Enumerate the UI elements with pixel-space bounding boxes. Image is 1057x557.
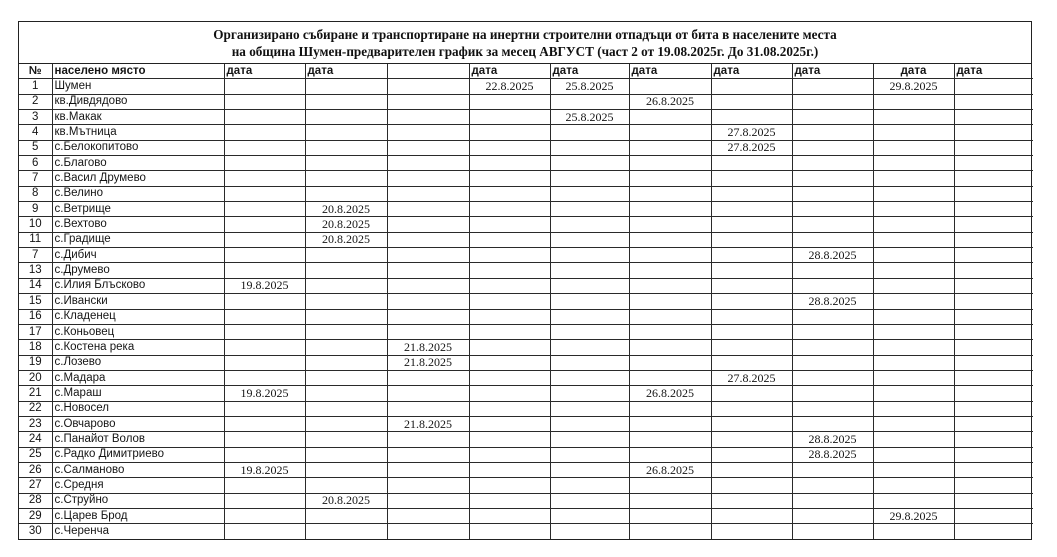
- table-row: 23с.Овчарово21.8.2025: [19, 416, 1033, 431]
- settlement-name: с.Новосел: [52, 401, 224, 416]
- table-row: 19с.Лозево21.8.2025: [19, 355, 1033, 370]
- settlement-name: с.Дибич: [52, 248, 224, 263]
- settlement-name: с.Черенча: [52, 524, 224, 539]
- header-date-3: [387, 64, 469, 79]
- date-cell-7: [711, 324, 792, 339]
- date-cell-10: [954, 309, 1033, 324]
- date-cell-9: [873, 217, 954, 232]
- settlement-name: с.Друмево: [52, 263, 224, 278]
- settlement-name: Шумен: [52, 79, 224, 94]
- date-cell-5: [550, 94, 629, 109]
- table-row: 20с.Мадара27.8.2025: [19, 370, 1033, 385]
- table-row: 17с.Коньовец: [19, 324, 1033, 339]
- date-cell-1: [224, 508, 305, 523]
- date-cell-2: 20.8.2025: [305, 232, 387, 247]
- date-cell-7: [711, 478, 792, 493]
- date-cell-10: [954, 416, 1033, 431]
- settlement-name: с.Струйно: [52, 493, 224, 508]
- date-cell-9: [873, 462, 954, 477]
- date-cell-7: [711, 416, 792, 431]
- date-cell-10: [954, 447, 1033, 462]
- row-number: 16: [19, 309, 52, 324]
- date-cell-8: [792, 110, 873, 125]
- table-row: 9с.Ветрище20.8.2025: [19, 202, 1033, 217]
- header-date-6: дата: [629, 64, 711, 79]
- date-cell-6: [629, 478, 711, 493]
- date-cell-9: [873, 278, 954, 293]
- header-number: №: [19, 64, 52, 79]
- date-cell-3: [387, 447, 469, 462]
- date-cell-8: [792, 324, 873, 339]
- date-cell-6: [629, 186, 711, 201]
- row-number: 28: [19, 493, 52, 508]
- date-cell-10: [954, 248, 1033, 263]
- date-cell-2: 20.8.2025: [305, 217, 387, 232]
- date-cell-8: [792, 416, 873, 431]
- date-cell-4: [469, 324, 550, 339]
- header-settlement: населено място: [52, 64, 224, 79]
- settlement-name: с.Васил Друмево: [52, 171, 224, 186]
- date-cell-5: [550, 478, 629, 493]
- date-cell-10: [954, 386, 1033, 401]
- date-cell-9: [873, 202, 954, 217]
- date-cell-8: [792, 232, 873, 247]
- row-number: 20: [19, 370, 52, 385]
- date-cell-7: [711, 432, 792, 447]
- date-cell-5: [550, 340, 629, 355]
- date-cell-8: [792, 94, 873, 109]
- date-cell-8: [792, 478, 873, 493]
- date-cell-5: [550, 370, 629, 385]
- date-cell-4: [469, 140, 550, 155]
- date-cell-4: [469, 94, 550, 109]
- date-cell-6: [629, 248, 711, 263]
- date-cell-10: [954, 202, 1033, 217]
- date-cell-5: [550, 493, 629, 508]
- date-cell-3: [387, 324, 469, 339]
- date-cell-5: [550, 447, 629, 462]
- date-cell-1: [224, 79, 305, 94]
- date-cell-1: [224, 355, 305, 370]
- table-row: 10с.Вехтово20.8.2025: [19, 217, 1033, 232]
- date-cell-6: [629, 232, 711, 247]
- date-cell-9: [873, 156, 954, 171]
- date-cell-3: [387, 370, 469, 385]
- table-row: 8с.Велино: [19, 186, 1033, 201]
- date-cell-2: [305, 294, 387, 309]
- date-cell-5: [550, 171, 629, 186]
- date-cell-7: 27.8.2025: [711, 125, 792, 140]
- date-cell-1: [224, 110, 305, 125]
- date-cell-10: [954, 493, 1033, 508]
- date-cell-4: [469, 110, 550, 125]
- date-cell-3: [387, 110, 469, 125]
- settlement-name: с.Царев Брод: [52, 508, 224, 523]
- settlement-name: с.Белокопитово: [52, 140, 224, 155]
- date-cell-5: 25.8.2025: [550, 79, 629, 94]
- date-cell-8: [792, 386, 873, 401]
- date-cell-1: 19.8.2025: [224, 462, 305, 477]
- date-cell-6: [629, 263, 711, 278]
- date-cell-3: [387, 309, 469, 324]
- row-number: 7: [19, 171, 52, 186]
- date-cell-7: [711, 156, 792, 171]
- date-cell-4: [469, 232, 550, 247]
- date-cell-2: [305, 186, 387, 201]
- date-cell-9: [873, 140, 954, 155]
- date-cell-1: 19.8.2025: [224, 278, 305, 293]
- date-cell-2: [305, 432, 387, 447]
- date-cell-1: [224, 447, 305, 462]
- date-cell-5: [550, 186, 629, 201]
- settlement-name: с.Градище: [52, 232, 224, 247]
- date-cell-9: 29.8.2025: [873, 508, 954, 523]
- date-cell-2: [305, 462, 387, 477]
- date-cell-10: [954, 370, 1033, 385]
- date-cell-4: [469, 386, 550, 401]
- date-cell-10: [954, 140, 1033, 155]
- date-cell-1: [224, 493, 305, 508]
- date-cell-9: [873, 416, 954, 431]
- row-number: 6: [19, 156, 52, 171]
- settlement-name: с.Вехтово: [52, 217, 224, 232]
- title-line-2: на община Шумен-предварителен график за …: [19, 43, 1031, 60]
- date-cell-6: [629, 171, 711, 186]
- settlement-name: с.Мадара: [52, 370, 224, 385]
- date-cell-8: [792, 401, 873, 416]
- date-cell-7: [711, 217, 792, 232]
- date-cell-2: [305, 79, 387, 94]
- date-cell-2: [305, 416, 387, 431]
- header-date-10: дата: [954, 64, 1033, 79]
- date-cell-2: [305, 125, 387, 140]
- date-cell-4: [469, 202, 550, 217]
- date-cell-2: [305, 140, 387, 155]
- date-cell-7: [711, 79, 792, 94]
- date-cell-9: [873, 370, 954, 385]
- date-cell-4: [469, 493, 550, 508]
- date-cell-10: [954, 524, 1033, 539]
- date-cell-2: [305, 156, 387, 171]
- settlement-name: с.Ветрище: [52, 202, 224, 217]
- date-cell-9: [873, 324, 954, 339]
- date-cell-3: [387, 432, 469, 447]
- date-cell-5: [550, 294, 629, 309]
- date-cell-8: [792, 202, 873, 217]
- date-cell-1: [224, 432, 305, 447]
- table-row: 21с.Мараш19.8.202526.8.2025: [19, 386, 1033, 401]
- date-cell-4: [469, 278, 550, 293]
- date-cell-9: [873, 248, 954, 263]
- date-cell-3: 21.8.2025: [387, 355, 469, 370]
- date-cell-1: [224, 202, 305, 217]
- date-cell-7: [711, 110, 792, 125]
- row-number: 18: [19, 340, 52, 355]
- date-cell-7: [711, 355, 792, 370]
- row-number: 24: [19, 432, 52, 447]
- settlement-name: с.Лозево: [52, 355, 224, 370]
- table-row: 18с.Костена река21.8.2025: [19, 340, 1033, 355]
- date-cell-6: [629, 140, 711, 155]
- settlement-name: с.Мараш: [52, 386, 224, 401]
- date-cell-3: [387, 462, 469, 477]
- settlement-name: с.Ивански: [52, 294, 224, 309]
- table-row: 11с.Градище20.8.2025: [19, 232, 1033, 247]
- date-cell-2: [305, 263, 387, 278]
- date-cell-5: [550, 232, 629, 247]
- date-cell-8: [792, 340, 873, 355]
- date-cell-9: [873, 524, 954, 539]
- date-cell-6: [629, 355, 711, 370]
- table-row: 13с.Друмево: [19, 263, 1033, 278]
- date-cell-8: [792, 217, 873, 232]
- date-cell-2: [305, 386, 387, 401]
- date-cell-10: [954, 340, 1033, 355]
- row-number: 26: [19, 462, 52, 477]
- header-date-5: дата: [550, 64, 629, 79]
- date-cell-5: [550, 156, 629, 171]
- settlement-name: с.Коньовец: [52, 324, 224, 339]
- settlement-name: с.Костена река: [52, 340, 224, 355]
- date-cell-4: [469, 432, 550, 447]
- date-cell-2: 20.8.2025: [305, 493, 387, 508]
- header-date-9: дата: [873, 64, 954, 79]
- date-cell-9: [873, 294, 954, 309]
- date-cell-5: [550, 508, 629, 523]
- date-cell-9: [873, 232, 954, 247]
- date-cell-9: [873, 171, 954, 186]
- date-cell-10: [954, 263, 1033, 278]
- date-cell-3: [387, 156, 469, 171]
- date-cell-10: [954, 232, 1033, 247]
- date-cell-9: [873, 401, 954, 416]
- date-cell-1: 19.8.2025: [224, 386, 305, 401]
- date-cell-7: [711, 493, 792, 508]
- table-row: 22с.Новосел: [19, 401, 1033, 416]
- date-cell-8: [792, 79, 873, 94]
- date-cell-4: [469, 263, 550, 278]
- date-cell-4: [469, 340, 550, 355]
- header-date-7: дата: [711, 64, 792, 79]
- settlement-name: с.Радко Димитриево: [52, 447, 224, 462]
- date-cell-6: [629, 324, 711, 339]
- date-cell-7: [711, 94, 792, 109]
- header-date-8: дата: [792, 64, 873, 79]
- date-cell-6: [629, 156, 711, 171]
- table-row: 28с.Струйно20.8.2025: [19, 493, 1033, 508]
- date-cell-7: [711, 508, 792, 523]
- schedule-table: № населено място дата дата дата дата дат…: [19, 64, 1033, 539]
- header-date-1: дата: [224, 64, 305, 79]
- date-cell-7: [711, 248, 792, 263]
- row-number: 14: [19, 278, 52, 293]
- date-cell-4: [469, 524, 550, 539]
- date-cell-9: [873, 186, 954, 201]
- row-number: 19: [19, 355, 52, 370]
- schedule-document: Организирано събиране и транспортиране н…: [18, 21, 1032, 540]
- date-cell-10: [954, 355, 1033, 370]
- date-cell-10: [954, 324, 1033, 339]
- date-cell-4: [469, 217, 550, 232]
- date-cell-8: [792, 171, 873, 186]
- date-cell-2: [305, 171, 387, 186]
- date-cell-7: [711, 340, 792, 355]
- date-cell-2: [305, 94, 387, 109]
- date-cell-7: [711, 263, 792, 278]
- row-number: 23: [19, 416, 52, 431]
- date-cell-8: 28.8.2025: [792, 294, 873, 309]
- date-cell-5: [550, 278, 629, 293]
- table-body: 1Шумен22.8.202525.8.202529.8.20252кв.Див…: [19, 79, 1033, 539]
- date-cell-10: [954, 186, 1033, 201]
- date-cell-9: [873, 125, 954, 140]
- date-cell-6: [629, 447, 711, 462]
- settlement-name: с.Благово: [52, 156, 224, 171]
- date-cell-8: [792, 370, 873, 385]
- date-cell-6: [629, 79, 711, 94]
- date-cell-3: [387, 202, 469, 217]
- date-cell-3: [387, 508, 469, 523]
- date-cell-6: 26.8.2025: [629, 462, 711, 477]
- date-cell-1: [224, 140, 305, 155]
- date-cell-7: [711, 524, 792, 539]
- date-cell-3: [387, 263, 469, 278]
- date-cell-8: [792, 156, 873, 171]
- date-cell-5: [550, 140, 629, 155]
- date-cell-3: 21.8.2025: [387, 416, 469, 431]
- date-cell-2: [305, 508, 387, 523]
- date-cell-4: [469, 416, 550, 431]
- date-cell-4: [469, 171, 550, 186]
- date-cell-2: [305, 309, 387, 324]
- date-cell-1: [224, 294, 305, 309]
- date-cell-1: [224, 125, 305, 140]
- date-cell-5: [550, 217, 629, 232]
- date-cell-6: [629, 432, 711, 447]
- date-cell-9: [873, 309, 954, 324]
- date-cell-6: [629, 309, 711, 324]
- date-cell-1: [224, 370, 305, 385]
- date-cell-4: [469, 447, 550, 462]
- title-line-1: Организирано събиране и транспортиране н…: [19, 26, 1031, 43]
- date-cell-4: [469, 370, 550, 385]
- date-cell-1: [224, 156, 305, 171]
- date-cell-3: [387, 478, 469, 493]
- settlement-name: с.Овчарово: [52, 416, 224, 431]
- date-cell-9: [873, 263, 954, 278]
- date-cell-9: [873, 447, 954, 462]
- date-cell-6: [629, 370, 711, 385]
- date-cell-5: [550, 355, 629, 370]
- date-cell-9: [873, 386, 954, 401]
- row-number: 15: [19, 294, 52, 309]
- date-cell-10: [954, 508, 1033, 523]
- date-cell-4: [469, 156, 550, 171]
- date-cell-2: [305, 324, 387, 339]
- date-cell-3: [387, 217, 469, 232]
- date-cell-10: [954, 401, 1033, 416]
- date-cell-3: [387, 125, 469, 140]
- row-number: 3: [19, 110, 52, 125]
- date-cell-5: [550, 462, 629, 477]
- date-cell-4: [469, 478, 550, 493]
- date-cell-3: [387, 140, 469, 155]
- date-cell-5: [550, 416, 629, 431]
- date-cell-9: [873, 432, 954, 447]
- date-cell-4: [469, 294, 550, 309]
- date-cell-3: [387, 401, 469, 416]
- date-cell-8: [792, 140, 873, 155]
- table-row: 3кв.Макак25.8.2025: [19, 110, 1033, 125]
- date-cell-2: [305, 370, 387, 385]
- row-number: 17: [19, 324, 52, 339]
- date-cell-8: [792, 462, 873, 477]
- date-cell-7: [711, 186, 792, 201]
- date-cell-1: [224, 401, 305, 416]
- date-cell-3: 21.8.2025: [387, 340, 469, 355]
- date-cell-8: [792, 355, 873, 370]
- date-cell-10: [954, 432, 1033, 447]
- date-cell-2: [305, 278, 387, 293]
- row-number: 21: [19, 386, 52, 401]
- date-cell-1: [224, 524, 305, 539]
- date-cell-4: [469, 125, 550, 140]
- table-row: 15с.Ивански28.8.2025: [19, 294, 1033, 309]
- table-row: 1Шумен22.8.202525.8.202529.8.2025: [19, 79, 1033, 94]
- table-row: 2кв.Дивдядово26.8.2025: [19, 94, 1033, 109]
- date-cell-9: [873, 94, 954, 109]
- date-cell-10: [954, 79, 1033, 94]
- table-row: 24с.Панайот Волов28.8.2025: [19, 432, 1033, 447]
- date-cell-5: [550, 248, 629, 263]
- date-cell-6: [629, 125, 711, 140]
- date-cell-2: [305, 110, 387, 125]
- date-cell-3: [387, 248, 469, 263]
- table-row: 16с.Кладенец: [19, 309, 1033, 324]
- date-cell-1: [224, 232, 305, 247]
- date-cell-2: 20.8.2025: [305, 202, 387, 217]
- row-number: 22: [19, 401, 52, 416]
- row-number: 11: [19, 232, 52, 247]
- date-cell-9: [873, 355, 954, 370]
- row-number: 1: [19, 79, 52, 94]
- date-cell-8: [792, 508, 873, 523]
- date-cell-5: [550, 125, 629, 140]
- date-cell-10: [954, 171, 1033, 186]
- date-cell-6: [629, 524, 711, 539]
- date-cell-5: [550, 309, 629, 324]
- date-cell-2: [305, 401, 387, 416]
- settlement-name: кв.Макак: [52, 110, 224, 125]
- table-row: 6с.Благово: [19, 156, 1033, 171]
- date-cell-5: [550, 401, 629, 416]
- date-cell-10: [954, 125, 1033, 140]
- date-cell-10: [954, 110, 1033, 125]
- row-number: 29: [19, 508, 52, 523]
- settlement-name: кв.Мътница: [52, 125, 224, 140]
- date-cell-1: [224, 263, 305, 278]
- date-cell-7: [711, 232, 792, 247]
- date-cell-2: [305, 355, 387, 370]
- date-cell-4: [469, 186, 550, 201]
- date-cell-8: [792, 125, 873, 140]
- date-cell-8: [792, 493, 873, 508]
- row-number: 30: [19, 524, 52, 539]
- table-row: 30с.Черенча: [19, 524, 1033, 539]
- date-cell-1: [224, 217, 305, 232]
- date-cell-1: [224, 478, 305, 493]
- date-cell-10: [954, 156, 1033, 171]
